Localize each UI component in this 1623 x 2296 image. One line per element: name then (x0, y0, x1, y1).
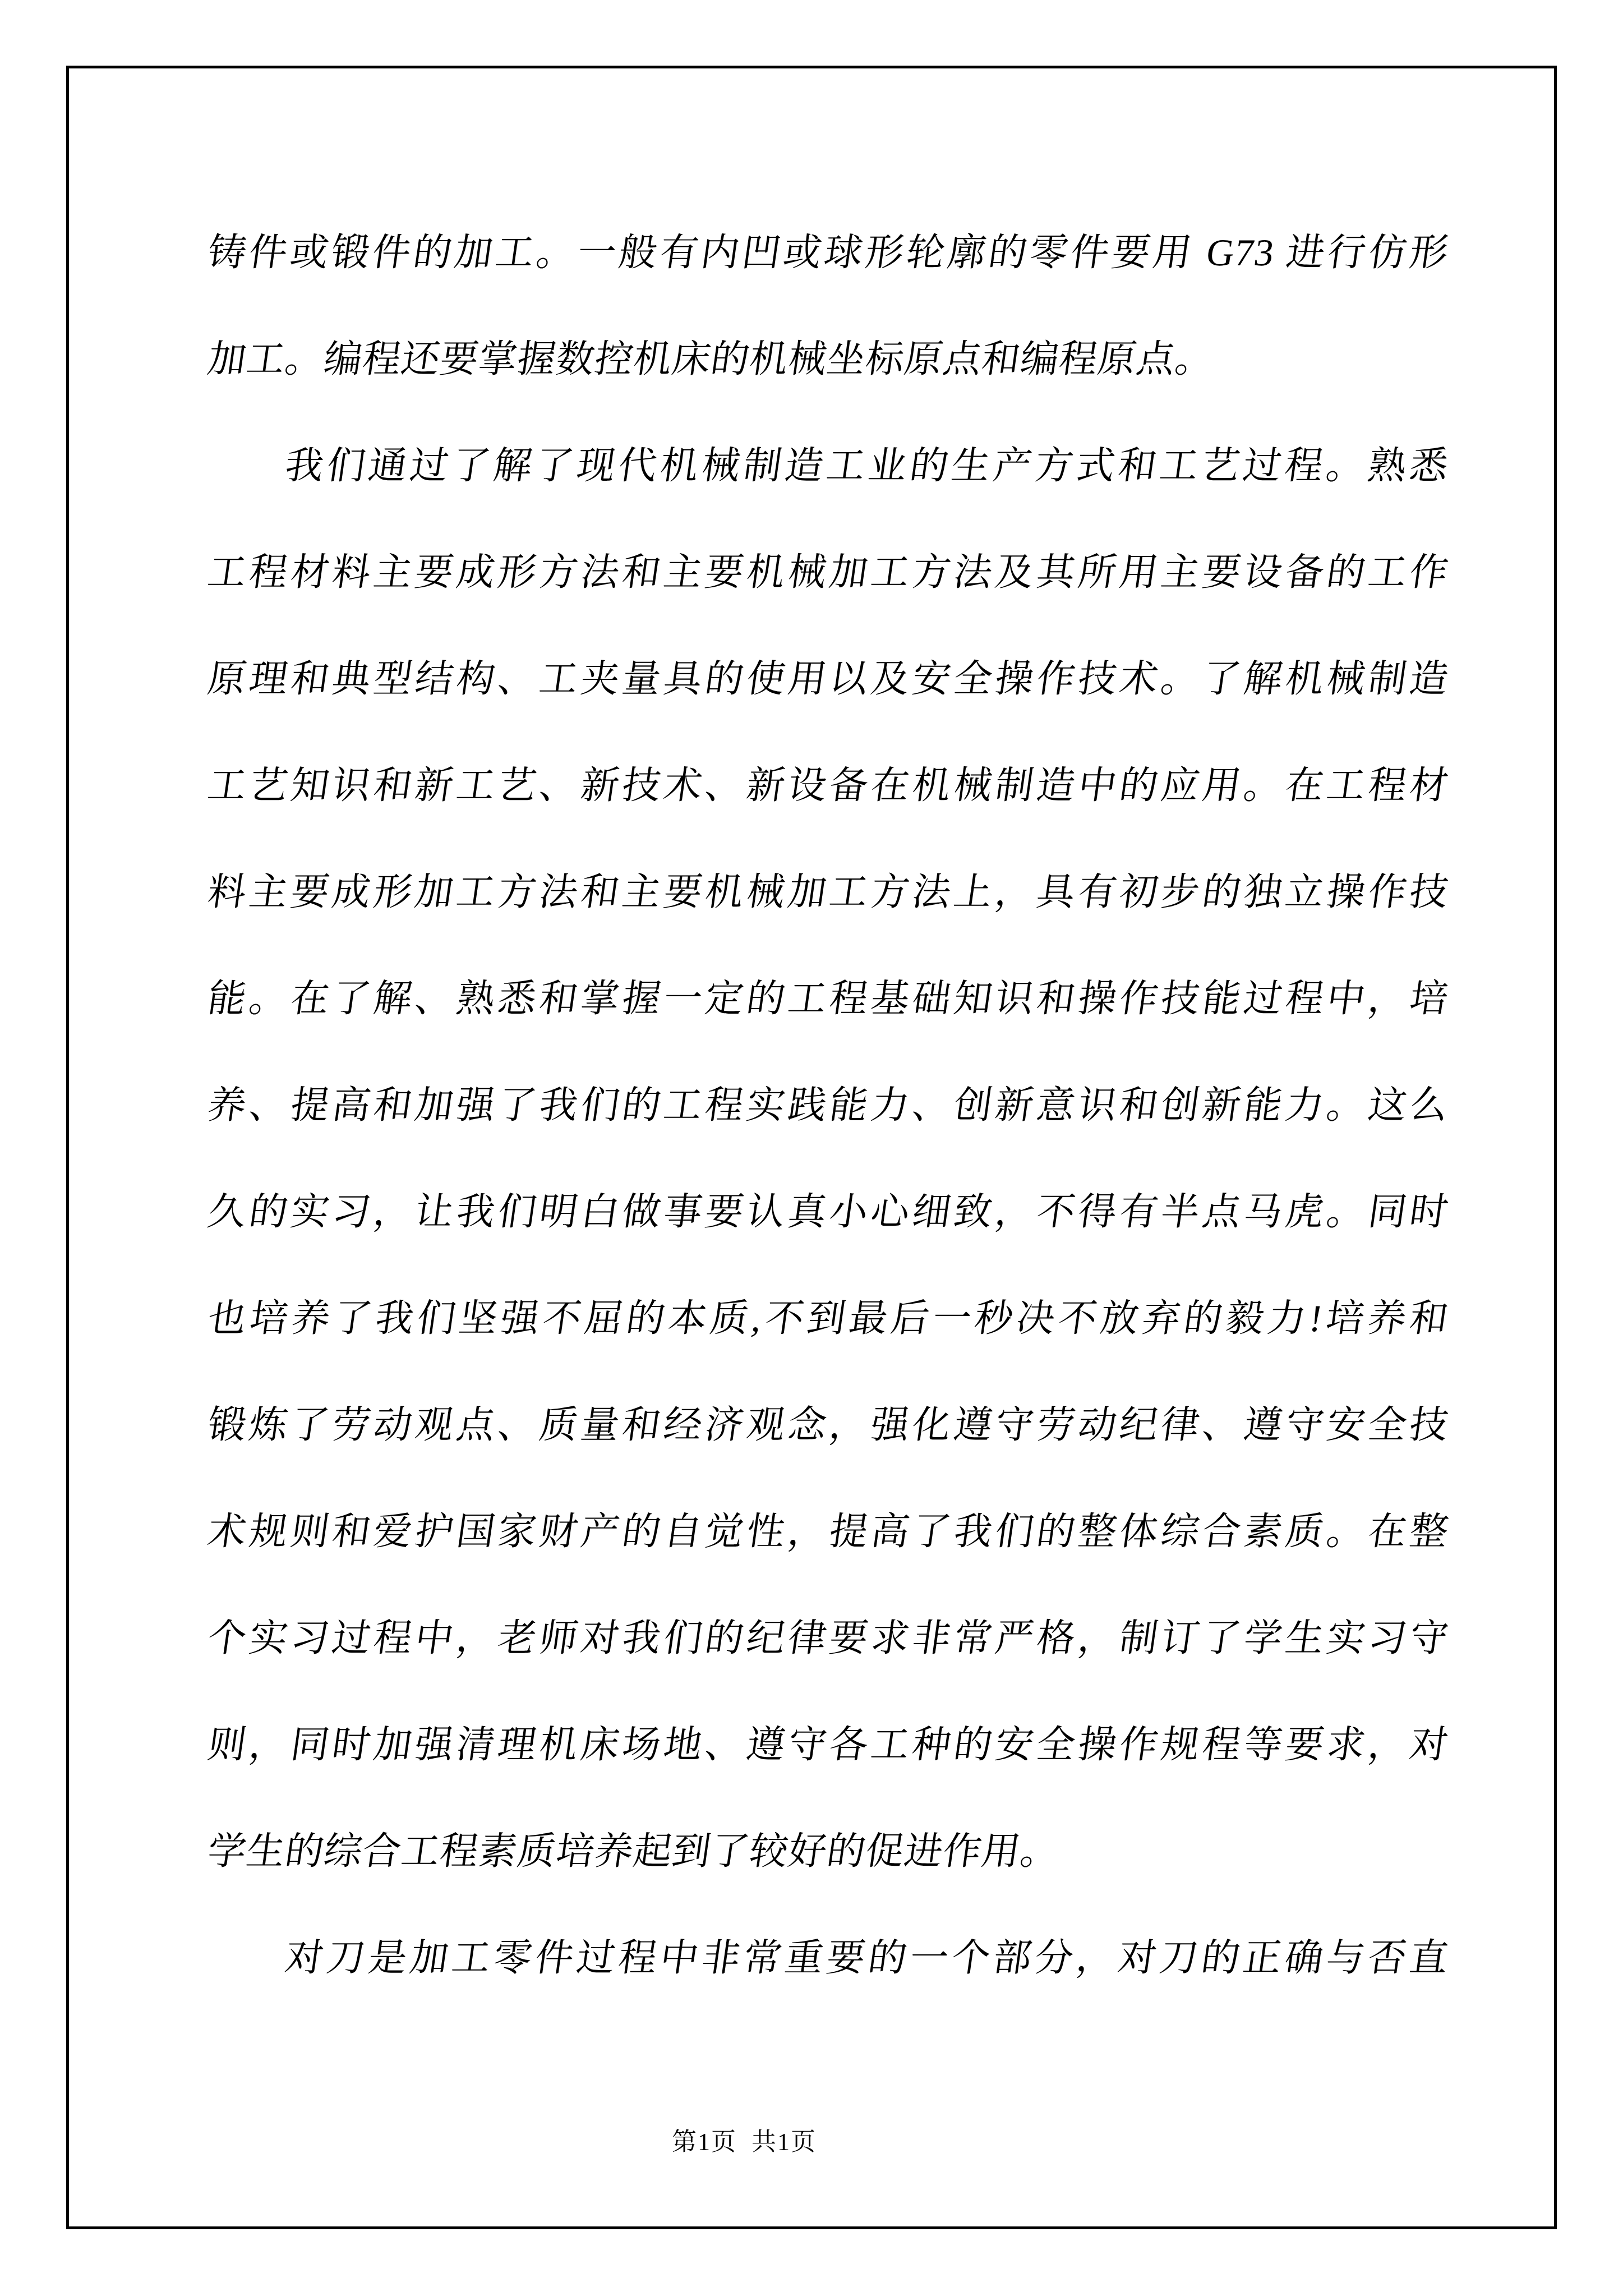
text-line: 料主要成形加工方法和主要机械加工方法上，具有初步的独立操作技 (196, 869, 1452, 976)
text-line: 也培养了我们坚强不屈的本质,不到最后一秒决不放弃的毅力!培养和 (196, 1296, 1452, 1402)
document-body: 铸件或锻件的加工。一般有内凹或球形轮廓的零件要用 G73 进行仿形加工。编程还要… (196, 230, 1437, 2042)
text-line: 养、提高和加强了我们的工程实践能力、创新意识和创新能力。这么 (196, 1083, 1452, 1189)
text-line: 原理和典型结构、工夹量具的使用以及安全操作技术。了解机械制造 (196, 656, 1452, 763)
text-line: 个实习过程中，老师对我们的纪律要求非常严格，制订了学生实习守 (196, 1616, 1452, 1722)
text-line: 锻炼了劳动观点、质量和经济观念，强化遵守劳动纪律、遵守安全技 (196, 1402, 1452, 1509)
document-page: 铸件或锻件的加工。一般有内凹或球形轮廓的零件要用 G73 进行仿形加工。编程还要… (0, 0, 1623, 2296)
text-line: 我们通过了解了现代机械制造工业的生产方式和工艺过程。熟悉 (196, 443, 1452, 550)
text-line: 对刀是加工零件过程中非常重要的一个部分，对刀的正确与否直 (196, 1935, 1452, 2042)
text-line: 学生的综合工程素质培养起到了较好的促进作用。 (196, 1829, 1452, 1935)
text-line: 则，同时加强清理机床场地、遵守各工种的安全操作规程等要求，对 (196, 1722, 1452, 1829)
page-footer: 第1页 共1页 (672, 2128, 817, 2157)
text-line: 能。在了解、熟悉和掌握一定的工程基础知识和操作技能过程中，培 (196, 976, 1452, 1083)
text-line: 久的实习，让我们明白做事要认真小心细致，不得有半点马虎。同时 (196, 1189, 1452, 1296)
text-line: 术规则和爱护国家财产的自觉性，提高了我们的整体综合素质。在整 (196, 1509, 1452, 1616)
text-line: 加工。编程还要掌握数控机床的机械坐标原点和编程原点。 (196, 337, 1452, 443)
text-line: 工艺知识和新工艺、新技术、新设备在机械制造中的应用。在工程材 (196, 763, 1452, 869)
text-line: 工程材料主要成形方法和主要机械加工方法及其所用主要设备的工作 (196, 550, 1452, 656)
text-line: 铸件或锻件的加工。一般有内凹或球形轮廓的零件要用 G73 进行仿形 (196, 230, 1452, 337)
